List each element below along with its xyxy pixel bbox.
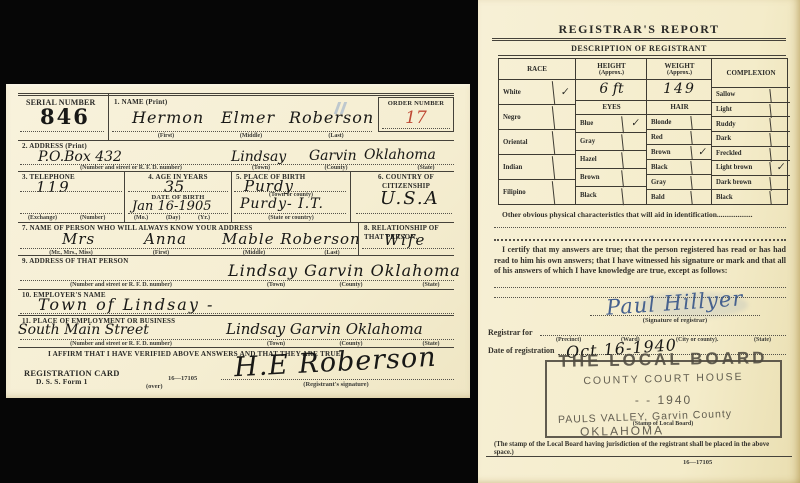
address-town-sublabel: (Town) [231, 165, 291, 171]
hair-checkbox [690, 159, 712, 175]
birth-place-dotted-line2 [234, 213, 346, 214]
hair-checkbox [690, 189, 712, 205]
complexion-row: Light [712, 103, 790, 118]
complexion-row: Black [712, 190, 790, 204]
employer-value: Town of Lindsay - [38, 295, 214, 314]
registration-card: SERIAL NUMBER 846 1. NAME (Print) Hermon… [6, 84, 470, 398]
weight-header: WEIGHT (Approx.) [647, 59, 712, 80]
name-first-sublabel: (First) [136, 133, 196, 139]
telephone-dotted-line2 [20, 213, 122, 214]
eye-option-label: Blue [576, 120, 622, 127]
name-middle-sublabel: (Middle) [221, 133, 281, 139]
eye-checkbox [621, 150, 648, 170]
birth-place-state-value: Purdy- I.T. [240, 196, 324, 212]
form-name: D. S. S. Form 1 [36, 377, 88, 386]
telephone-value: 119 [36, 178, 71, 196]
complexion-row: Sallow [712, 88, 790, 103]
complexion-header: COMPLEXION [712, 59, 790, 88]
employment-town-sublabel: (Town) [246, 341, 306, 347]
name-first-value: Hermon [132, 108, 204, 127]
contact-address-label: 9. ADDRESS OF THAT PERSON [22, 257, 128, 265]
complexion-checkbox [769, 189, 790, 205]
eye-checkbox [621, 186, 648, 206]
column-divider [358, 222, 359, 255]
stamp-note: (The stamp of the Local Board having jur… [494, 441, 784, 457]
telephone-exchange-sublabel: (Exchange) [28, 215, 57, 221]
hair-row: Bald [647, 190, 712, 204]
order-dotted-line [382, 128, 450, 129]
dotted-line [494, 227, 786, 228]
relationship-value: Wife [384, 231, 426, 249]
complexion-option-label: Light brown [712, 164, 770, 171]
race-row: Negro [499, 105, 575, 130]
complexion-option-label: Light [712, 106, 770, 113]
eye-checkbox [621, 132, 648, 152]
registrars-report-card: REGISTRAR'S REPORT DESCRIPTION OF REGIST… [478, 0, 800, 483]
column-divider [231, 171, 232, 222]
eye-checkbox: ✓ [621, 114, 648, 134]
row-rule [18, 171, 454, 172]
subtitle-rule [498, 55, 786, 56]
report-title: REGISTRAR'S REPORT [478, 22, 800, 37]
column-divider [350, 171, 351, 222]
complexion-checkbox: ✓ [769, 160, 790, 176]
other-characteristics-label: Other obvious physical characteristics t… [502, 210, 788, 219]
race-option-label: Oriental [499, 139, 553, 146]
complexion-checkbox [769, 131, 790, 147]
height-eyes-column: HEIGHT (Approx.) 6 ft EYES Blue ✓ Gray H… [575, 59, 647, 204]
race-row: White ✓ [499, 80, 575, 105]
certification-text: I certify that my answers are true; that… [494, 245, 786, 277]
hair-option-label: Gray [647, 179, 691, 186]
height-header-text: HEIGHT [576, 62, 647, 70]
complexion-column: COMPLEXION Sallow Light Ruddy Dark Freck… [711, 59, 790, 204]
relationship-dotted-line [362, 248, 454, 249]
registrar-signature-sublabel: (Signature of registrar) [600, 317, 750, 324]
address-state-sublabel: (State) [396, 165, 456, 171]
order-number-value: 17 [379, 108, 453, 128]
address-county-sublabel: (County) [306, 165, 366, 171]
complexion-option-label: Dark brown [712, 179, 770, 186]
title-rule [492, 38, 786, 41]
race-checkbox: ✓ [552, 79, 576, 105]
description-table: RACE White ✓ Negro Oriental Indian Filip… [498, 58, 788, 205]
city-county-sublabel: (City or county). [676, 337, 718, 343]
contact-dotted-line [20, 248, 356, 249]
hair-row: Brown ✓ [647, 145, 712, 160]
age-dotted-line [128, 191, 228, 192]
race-checkbox [552, 104, 576, 130]
race-option-label: Indian [499, 164, 553, 171]
complexion-option-label: Dark [712, 135, 770, 142]
birth-day-sublabel: (Day) [166, 215, 180, 221]
race-checkbox [552, 129, 576, 155]
contact-middle-sublabel: (Middle) [224, 250, 284, 256]
race-row: Oriental [499, 130, 575, 155]
hair-row: Black [647, 160, 712, 175]
weight-value: 149 [647, 80, 712, 101]
row-rule [18, 140, 454, 141]
serial-number-value: 846 [40, 104, 90, 129]
weight-header-text: WEIGHT [647, 62, 712, 70]
contact-middle-last-value: Mable Roberson [222, 230, 361, 248]
dotted-line [494, 239, 786, 241]
state-sublabel: (State) [754, 337, 771, 343]
eye-row: Gray [576, 133, 647, 151]
top-rule [18, 93, 454, 96]
contact-title-sublabel: (Mr., Mrs., Miss) [36, 250, 106, 256]
eye-option-label: Gray [576, 138, 622, 145]
registrar-signature-line [590, 315, 760, 316]
eye-option-label: Brown [576, 174, 622, 181]
employment-street-value: South Main Street [18, 322, 149, 338]
print-code-right: 16—17105 [683, 459, 712, 466]
address-street-value: P.O.Box 432 [38, 149, 122, 165]
complexion-checkbox [769, 145, 790, 161]
complexion-checkbox [769, 102, 790, 118]
hair-row: Red [647, 130, 712, 145]
eye-row: Blue ✓ [576, 115, 647, 133]
eye-row: Brown [576, 169, 647, 187]
citizenship-dotted-line [356, 213, 452, 214]
address-town-value: Lindsay [231, 149, 286, 165]
race-row: Indian [499, 155, 575, 180]
name-dotted-line [112, 131, 372, 132]
contact-address-dotted-line [20, 280, 454, 281]
contact-name-label: 7. NAME OF PERSON WHO WILL ALWAYS KNOW Y… [22, 224, 253, 232]
eye-option-label: Hazel [576, 156, 622, 163]
employment-dotted-line [20, 339, 454, 340]
hair-checkbox: ✓ [690, 144, 712, 160]
contact-address-value: Lindsay Garvin Oklahoma [228, 261, 461, 280]
name-middle-value: Elmer [221, 108, 275, 127]
address-state-value: Oklahoma [364, 147, 436, 163]
height-header: HEIGHT (Approx.) [576, 59, 647, 80]
hair-option-label: Black [647, 164, 691, 171]
telephone-number-sublabel: (Number) [80, 215, 105, 221]
row-rule [18, 315, 454, 316]
contact-address-town-sublabel: (Town) [246, 282, 306, 288]
complexion-row: Ruddy [712, 117, 790, 132]
race-option-label: White [499, 89, 553, 96]
hair-option-label: Brown [647, 149, 691, 156]
hair-header: HAIR [647, 101, 712, 115]
telephone-dotted-line [20, 191, 122, 192]
registrant-signature-sublabel: (Registrant's signature) [261, 381, 411, 388]
height-value: 6 ft [576, 80, 647, 101]
stamp-line3: - - 1940 [545, 393, 782, 407]
complexion-row: Dark [712, 132, 790, 147]
complexion-checkbox [769, 175, 790, 191]
complexion-checkbox [769, 116, 790, 132]
contact-title-value: Mrs [62, 230, 95, 248]
eye-checkbox [621, 168, 648, 188]
citizenship-value: U.S.A [380, 188, 440, 209]
hair-row: Blonde [647, 115, 712, 130]
weight-header-sub: (Approx.) [647, 70, 712, 77]
birth-month-sublabel: (Mo.) [134, 215, 148, 221]
complexion-option-label: Ruddy [712, 121, 770, 128]
footer-rule [486, 456, 792, 457]
hair-checkbox [690, 129, 712, 145]
complexion-row: Dark brown [712, 176, 790, 191]
complexion-option-label: Black [712, 194, 770, 201]
order-number-label: ORDER NUMBER [379, 100, 453, 107]
complexion-row: Light brown ✓ [712, 161, 790, 176]
employment-location-value: Lindsay Garvin Oklahoma [226, 320, 423, 338]
complexion-option-label: Freckled [712, 150, 770, 157]
name-label: 1. NAME (Print) [114, 98, 167, 106]
name-last-sublabel: (Last) [306, 133, 366, 139]
race-checkbox [552, 154, 576, 180]
hair-option-label: Red [647, 134, 691, 141]
row-rule [18, 222, 454, 223]
contact-first-sublabel: (First) [131, 250, 191, 256]
print-code-left: 16—17105 [168, 375, 197, 382]
race-header: RACE [499, 59, 575, 80]
contact-address-county-sublabel: (County) [321, 282, 381, 288]
over-label: (over) [146, 383, 163, 390]
name-last-value: Roberson [289, 108, 374, 127]
hair-checkbox [690, 174, 712, 190]
signature-dotted-line [221, 379, 454, 380]
address-county-value: Garvin [309, 148, 357, 164]
hair-row: Gray [647, 175, 712, 190]
contact-last-sublabel: (Last) [302, 250, 362, 256]
race-checkbox [552, 179, 576, 205]
eye-row: Hazel [576, 151, 647, 169]
race-column: RACE White ✓ Negro Oriental Indian Filip… [499, 59, 575, 204]
birth-place-state-sublabel: (State or country) [246, 215, 336, 221]
contact-first-value: Anna [144, 230, 187, 248]
column-divider [108, 93, 109, 140]
birth-date-value: Jan 16-1905 [132, 199, 212, 214]
height-header-sub: (Approx.) [576, 70, 647, 77]
eyes-header: EYES [576, 101, 647, 115]
order-number-box: ORDER NUMBER 17 [378, 97, 454, 132]
employment-street-sublabel: (Number and street or R. F. D. number) [36, 341, 206, 347]
employer-dotted-line [20, 313, 454, 314]
hair-option-label: Blonde [647, 119, 691, 126]
weight-hair-column: WEIGHT (Approx.) 149 HAIR Blonde Red Bro… [646, 59, 712, 204]
hair-option-label: Bald [647, 194, 691, 201]
stamp-line5: OKLAHOMA [580, 423, 664, 438]
contact-address-street-sublabel: (Number and street or R. F. D. number) [36, 282, 206, 288]
birth-year-sublabel: (Yr.) [198, 215, 210, 221]
hair-checkbox [690, 114, 712, 130]
registrar-for-label: Registrar for [488, 328, 533, 338]
eye-option-label: Black [576, 192, 622, 199]
row-rule [18, 289, 454, 290]
race-option-label: Filipino [499, 189, 553, 196]
column-divider [124, 171, 125, 222]
birth-date-dotted-line [128, 213, 228, 214]
eye-row: Black [576, 187, 647, 204]
complexion-row: Freckled [712, 147, 790, 162]
report-subtitle: DESCRIPTION OF REGISTRANT [478, 44, 800, 53]
complexion-checkbox [769, 87, 790, 103]
contact-address-state-sublabel: (State) [401, 282, 461, 288]
race-row: Filipino [499, 180, 575, 204]
complexion-option-label: Sallow [712, 91, 770, 98]
serial-dotted-line [20, 131, 104, 132]
race-option-label: Negro [499, 114, 553, 121]
address-street-sublabel: (Number and street or R. F. D. number) [46, 165, 216, 171]
